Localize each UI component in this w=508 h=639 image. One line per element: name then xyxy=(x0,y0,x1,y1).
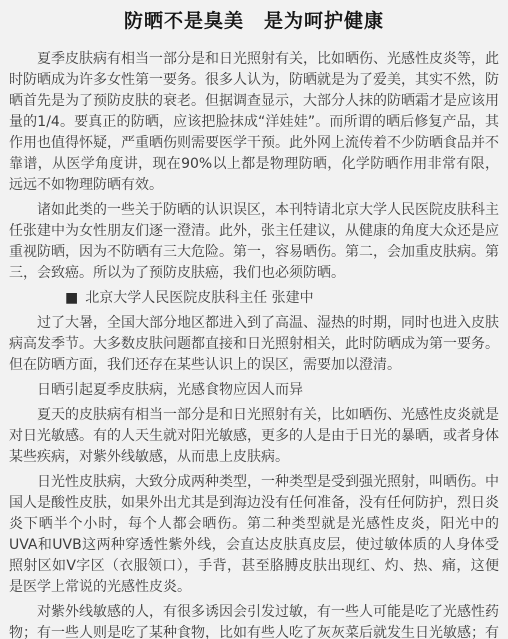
paragraph-intro-1: 夏季皮肤病有相当一部分是和日光照射有关，比如晒伤、光感性皮炎等，此时防晒成为许多… xyxy=(9,49,499,196)
article-page: 防晒不是臭美 是为呵护健康 夏季皮肤病有相当一部分是和日光照射有关，比如晒伤、光… xyxy=(0,0,508,639)
byline-text: 北京大学人民医院皮肤科主任 张建中 xyxy=(85,290,313,306)
paragraph-section-2: 日光性皮肤病，大致分成两种类型，一种类型是受到强光照射，叫晒伤。中国人是酸性皮肤… xyxy=(9,472,499,598)
paragraph-section-3: 对紫外线敏感的人，有很多诱因会引发过敏，有一些人可能是吃了光感性药物；有一些人则… xyxy=(9,602,499,639)
paragraph-lead: 过了大暑，全国大部分地区都进入到了高温、湿热的时期，同时也进入皮肤病高发季节。大… xyxy=(9,313,499,376)
byline-square-marker-icon: ■ xyxy=(37,288,78,309)
page-title: 防晒不是臭美 是为呵护健康 xyxy=(9,7,499,35)
paragraph-section-1: 夏天的皮肤病有相当一部分是和日光照射有关，比如晒伤、光感性皮炎就是对日光敏感。有… xyxy=(9,405,499,468)
section-heading: 日晒引起夏季皮肤病，光感食物应因人而异 xyxy=(9,380,499,401)
paragraph-intro-2: 诸如此类的一些关于防晒的认识误区，本刊特请北京大学人民医院皮肤科主任张建中为女性… xyxy=(9,200,499,284)
byline: ■北京大学人民医院皮肤科主任 张建中 xyxy=(9,288,499,309)
